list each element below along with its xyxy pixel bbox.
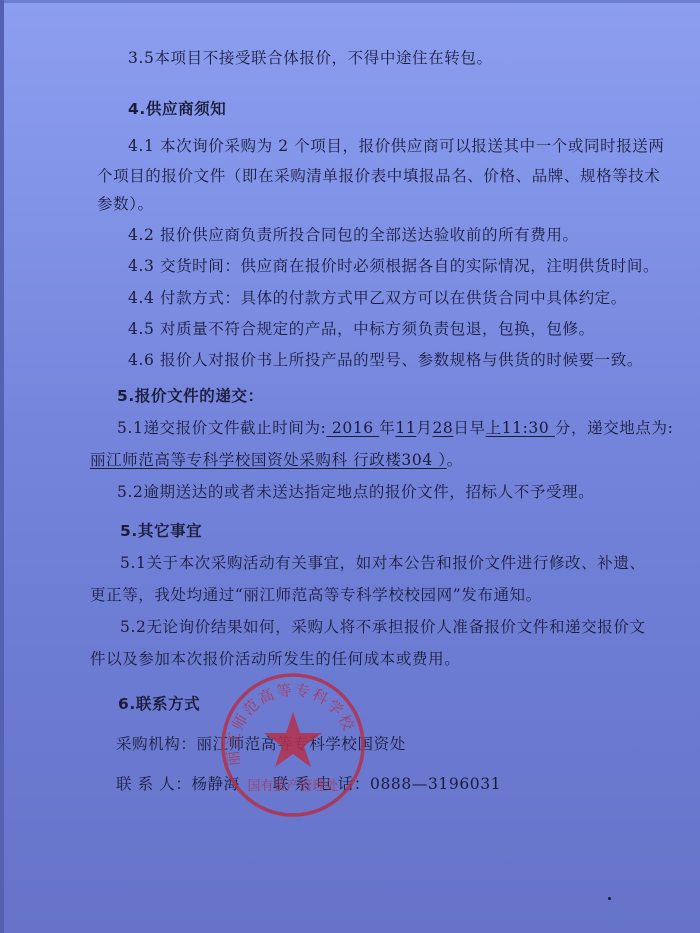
clause-5-2: 5.2逾期送达的或者未送达指定地点的报价文件，招标人不予受理。	[117, 482, 594, 502]
clause-other-2-line2: 件以及参加本次报价活动所发生的任何成本或费用。	[90, 649, 460, 669]
section-6-heading: 6.联系方式	[118, 694, 200, 714]
clause-4-1-line3: 参数）。	[97, 194, 154, 214]
day-suffix: 日早	[453, 419, 485, 437]
clause-4-1-line1: 4.1 本次询价采购为 2 个项目，报价供应商可以报送其中一个或同时报送两	[128, 136, 665, 156]
clause-4-6: 4.6 报价人对报价书上所投产品的型号、参数规格与供货的时候要一致。	[128, 350, 643, 370]
deadline-day: 28	[432, 419, 453, 437]
paper-speck	[608, 897, 611, 900]
clause-5-1-line2: 丽江师范高等专科学校国资处采购科 行政楼304 ）。	[90, 450, 463, 470]
deadline-label: 5.1递交报价文件截止时间为:	[117, 419, 326, 437]
deadline-time: 11:30	[502, 419, 555, 437]
section-4-heading: 4.供应商须知	[128, 99, 226, 119]
clause-4-2: 4.2 报价供应商负责所投合同包的全部送达验收前的所有费用。	[128, 225, 579, 245]
deadline-year: 2016	[326, 419, 379, 437]
clause-4-5: 4.5 对质量不符合规定的产品，中标方须负责包退，包换，包修。	[128, 319, 595, 339]
clause-5-1-line1: 5.1递交报价文件截止时间为: 2016 年11月28日早上11:30 分，递交…	[117, 418, 673, 438]
time-prefix: 上	[486, 419, 502, 437]
clause-4-4: 4.4 付款方式：具体的付款方式甲乙双方可以在供货合同中具体约定。	[128, 288, 627, 308]
document-page: 3.5本项目不接受联合体报价，不得中途住在转包。 4.供应商须知 4.1 本次询…	[0, 0, 700, 933]
contact-info: 联 系 人：杨静海 联 系 电 话：0888—3196031	[116, 774, 501, 794]
year-suffix: 年	[379, 419, 395, 437]
section-5-heading: 5.报价文件的递交：	[117, 386, 264, 406]
location-end: 。	[447, 451, 463, 469]
clause-other-1-line2: 更正等，我处均通过“丽江师范高等专科学校校园网”发布通知。	[90, 585, 542, 605]
clause-4-3: 4.3 交货时间：供应商在报价时必须根据各自的实际情况，注明供货时间。	[128, 256, 659, 276]
procurement-agency: 采购机构：丽江师范高等专科学校国资处	[116, 734, 406, 754]
clause-3-5: 3.5本项目不接受联合体报价，不得中途住在转包。	[128, 48, 493, 68]
submission-location: 丽江师范高等专科学校国资处采购科 行政楼304 ）	[90, 451, 447, 469]
deadline-month: 11	[395, 419, 416, 437]
month-suffix: 月	[416, 419, 432, 437]
clause-4-1-line2: 个项目的报价文件（即在采购清单报价表中填报品名、价格、品牌、规格等技术	[97, 166, 661, 186]
clause-other-2-line1: 5.2无论询价结果如何，采购人将不承担报价人准备报价文件和递交报价文	[120, 617, 646, 637]
location-label: 分，递交地点为:	[555, 419, 674, 437]
clause-other-1-line1: 5.1关于本次采购活动有关事宜，如对本公告和报价文件进行修改、补遗、	[120, 553, 646, 573]
section-other-heading: 5.其它事宜	[120, 521, 202, 541]
